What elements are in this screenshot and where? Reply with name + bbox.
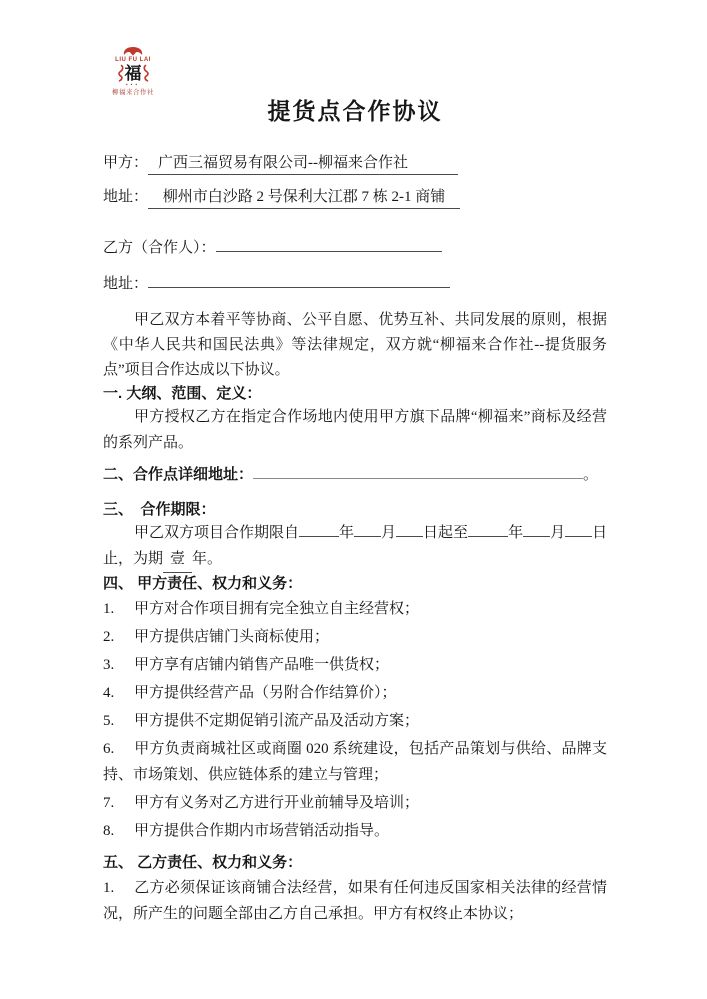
blank-day-start — [396, 520, 423, 537]
section-3-term-line-2: 止，为期壹年。 — [103, 546, 607, 573]
list-item: 3.甲方享有店铺内销售产品唯一供货权； — [103, 652, 607, 678]
section-5-heading: 五、 乙方责任、权力和义务： — [103, 852, 607, 873]
item-text: 乙方必须保证该商铺合法经营，如果有任何违反国家相关法律的经营情况，所产生的问题全… — [103, 880, 607, 922]
item-text: 甲方提供不定期促销引流产品及活动方案； — [134, 713, 419, 729]
section-4-list: 1.甲方对合作项目拥有完全独立自主经营权； 2.甲方提供店铺门头商标使用； 3.… — [103, 596, 607, 844]
year-label-1: 年 — [339, 525, 354, 541]
party-b-address-line: 地址： — [103, 271, 607, 295]
item-number: 7. — [103, 790, 134, 816]
document-page: LIU FU LAI 福 ▪▪▪ 柳福来合作社 提货点合作协议 甲方：广西三福贸… — [0, 0, 707, 999]
section-2-period: 。 — [583, 467, 598, 483]
party-a-address-underline: 柳州市白沙路 2 号保利大江郡 7 栋 2-1 商铺 — [148, 187, 460, 209]
blank-year-end — [468, 520, 508, 537]
list-item: 8.甲方提供合作期内市场营销活动指导。 — [103, 818, 607, 844]
section-2-line: 二、合作点详细地址：。 — [103, 462, 607, 486]
month-label-2: 月 — [550, 525, 565, 541]
party-a-address-line: 地址：柳州市白沙路 2 号保利大江郡 7 栋 2-1 商铺 — [103, 187, 607, 209]
item-number: 4. — [103, 680, 134, 706]
term-text: 甲乙双方项目合作期限自 — [134, 525, 299, 541]
party-b-address-label: 地址： — [103, 276, 148, 292]
item-text: 甲方提供经营产品（另附合作结算价）； — [134, 685, 397, 701]
item-text: 甲方享有店铺内销售产品唯一供货权； — [134, 657, 389, 673]
day-label-2: 日 — [592, 525, 607, 541]
list-item: 2.甲方提供店铺门头商标使用； — [103, 624, 607, 650]
document-body: 提货点合作协议 甲方：广西三福贸易有限公司--柳福来合作社 地址：柳州市白沙路 … — [103, 0, 607, 929]
section-3-heading: 三、 合作期限： — [103, 499, 607, 520]
document-title: 提货点合作协议 — [103, 96, 607, 126]
item-text: 甲方有义务对乙方进行开业前辅导及培训； — [134, 795, 419, 811]
blank-month-end — [523, 520, 550, 537]
item-number: 2. — [103, 624, 134, 650]
term-text: 年。 — [192, 551, 222, 567]
party-b-address-blank-underline — [148, 271, 450, 288]
item-number: 3. — [103, 652, 134, 678]
item-text: 甲方提供合作期内市场营销活动指导。 — [134, 823, 389, 839]
section-2-address-blank — [253, 462, 583, 479]
party-a-value-underline: 广西三福贸易有限公司--柳福来合作社 — [148, 153, 458, 175]
list-item: 6.甲方负责商城社区或商圈 020 系统建设，包括产品策划与供给、品牌支持、市场… — [103, 736, 607, 788]
party-a-address-label: 地址： — [103, 189, 148, 205]
section-1-heading: 一. 大纲、范围、定义： — [103, 383, 607, 404]
party-b-line: 乙方（合作人）： — [103, 235, 607, 259]
item-text: 甲方提供店铺门头商标使用； — [134, 629, 329, 645]
party-a-line: 甲方：广西三福贸易有限公司--柳福来合作社 — [103, 153, 607, 175]
section-2-heading: 二、合作点详细地址： — [103, 466, 253, 483]
item-number: 6. — [103, 736, 134, 762]
year-label-2: 年 — [508, 525, 523, 541]
parties-block: 甲方：广西三福贸易有限公司--柳福来合作社 地址：柳州市白沙路 2 号保利大江郡… — [103, 153, 607, 295]
section-4-heading: 四、 甲方责任、权力和义务： — [103, 573, 607, 594]
term-text: 止，为期 — [103, 551, 163, 567]
intro-paragraph: 甲乙双方本着平等协商、公平自愿、优势互补、共同发展的原则，根据《中华人民共和国民… — [103, 308, 607, 383]
blank-month-start — [354, 520, 381, 537]
day-label-1: 日起至 — [423, 525, 468, 541]
blank-year-start — [299, 520, 339, 537]
list-item: 7.甲方有义务对乙方进行开业前辅导及培训； — [103, 790, 607, 816]
duration-underline: 壹 — [163, 546, 192, 573]
party-b-blank-underline — [216, 235, 442, 252]
item-text: 甲方对合作项目拥有完全独立自主经营权； — [134, 601, 419, 617]
blank-day-end — [565, 520, 592, 537]
party-a-label: 甲方： — [103, 155, 148, 171]
item-number: 1. — [103, 875, 134, 901]
list-item: 4.甲方提供经营产品（另附合作结算价）； — [103, 680, 607, 706]
section-1-body: 甲方授权乙方在指定合作场地内使用甲方旗下品牌“柳福来”商标及经营的系列产品。 — [103, 404, 607, 456]
item-text: 甲方负责商城社区或商圈 020 系统建设，包括产品策划与供给、品牌支持、市场策划… — [103, 741, 607, 783]
section-3-term-line-1: 甲乙双方项目合作期限自年月日起至年月日 — [103, 520, 607, 546]
list-item: 5.甲方提供不定期促销引流产品及活动方案； — [103, 708, 607, 734]
party-b-label: 乙方（合作人）： — [103, 240, 216, 256]
item-number: 8. — [103, 818, 134, 844]
section-5-list: 1.乙方必须保证该商铺合法经营，如果有任何违反国家相关法律的经营情况，所产生的问… — [103, 875, 607, 927]
item-number: 1. — [103, 596, 134, 622]
item-number: 5. — [103, 708, 134, 734]
list-item: 1.甲方对合作项目拥有完全独立自主经营权； — [103, 596, 607, 622]
list-item: 1.乙方必须保证该商铺合法经营，如果有任何违反国家相关法律的经营情况，所产生的问… — [103, 875, 607, 927]
month-label-1: 月 — [381, 525, 396, 541]
